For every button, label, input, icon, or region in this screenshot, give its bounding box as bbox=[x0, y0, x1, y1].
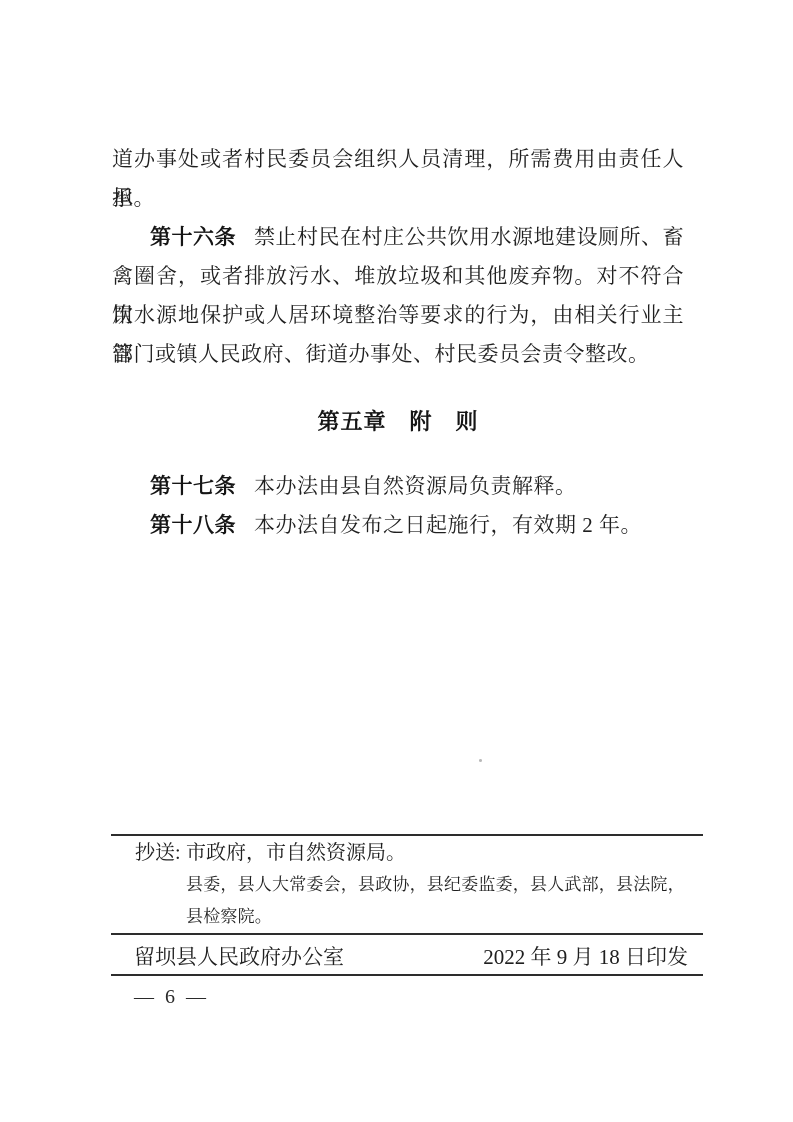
publisher-row: 留坝县人民政府办公室 2022 年 9 月 18 日印发 bbox=[111, 941, 703, 973]
document-page: 道办事处或者村民委员会组织人员清理，所需费用由责任人承 担。 第十六条禁止村民在… bbox=[0, 0, 793, 1122]
article-17-line: 第十七条本办法由县自然资源局负责解释。 bbox=[112, 467, 684, 506]
copy-to-line-3: 县检察院。 bbox=[186, 901, 703, 933]
article-17-text: 本办法由县自然资源局负责解释。 bbox=[254, 474, 577, 498]
article-16-line-4: 部门或镇人民政府、街道办事处、村民委员会责令整改。 bbox=[112, 335, 684, 374]
continuation-line-2: 担。 bbox=[112, 179, 684, 218]
copy-to-line-2: 县委，县人大常委会，县政协，县纪委监委，县人武部，县法院， bbox=[186, 869, 703, 901]
copy-to-block: 抄送: 市政府，市自然资源局。 县委，县人大常委会，县政协，县纪委监委，县人武部… bbox=[135, 837, 703, 933]
article-17-number: 第十七条 bbox=[150, 475, 236, 498]
article-16-line-2: 禽圈舍，或者排放污水、堆放垃圾和其他废弃物。对不符合饮 bbox=[112, 257, 684, 296]
document-body: 道办事处或者村民委员会组织人员清理，所需费用由责任人承 担。 第十六条禁止村民在… bbox=[112, 140, 684, 545]
continuation-line-1: 道办事处或者村民委员会组织人员清理，所需费用由责任人承 bbox=[112, 140, 684, 179]
footer-divider-middle bbox=[111, 933, 703, 935]
footer-divider-bottom bbox=[111, 974, 703, 976]
copy-to-line-1: 市政府，市自然资源局。 bbox=[186, 837, 703, 869]
article-16-text-start: 禁止村民在村庄公共饮用水源地建设厕所、畜 bbox=[254, 225, 684, 249]
article-16-number: 第十六条 bbox=[150, 226, 236, 249]
footer-divider-top bbox=[111, 834, 703, 836]
scan-speck bbox=[479, 759, 482, 762]
issue-date: 2022 年 9 月 18 日印发 bbox=[483, 941, 688, 973]
article-18-text: 本办法自发布之日起施行，有效期 2 年。 bbox=[254, 513, 642, 537]
article-18-number: 第十八条 bbox=[150, 514, 236, 537]
chapter-5-heading: 第五章 附 则 bbox=[112, 402, 684, 441]
article-18-line: 第十八条本办法自发布之日起施行，有效期 2 年。 bbox=[112, 506, 684, 545]
copy-to-label: 抄送: bbox=[135, 837, 186, 869]
article-16-line-3: 用水源地保护或人居环境整治等要求的行为，由相关行业主管 bbox=[112, 296, 684, 335]
page-number: — 6 — bbox=[134, 985, 209, 1009]
copy-to-list: 市政府，市自然资源局。 县委，县人大常委会，县政协，县纪委监委，县人武部，县法院… bbox=[186, 837, 703, 933]
article-16-line-1: 第十六条禁止村民在村庄公共饮用水源地建设厕所、畜 bbox=[112, 218, 684, 257]
issuing-office: 留坝县人民政府办公室 bbox=[134, 941, 344, 973]
